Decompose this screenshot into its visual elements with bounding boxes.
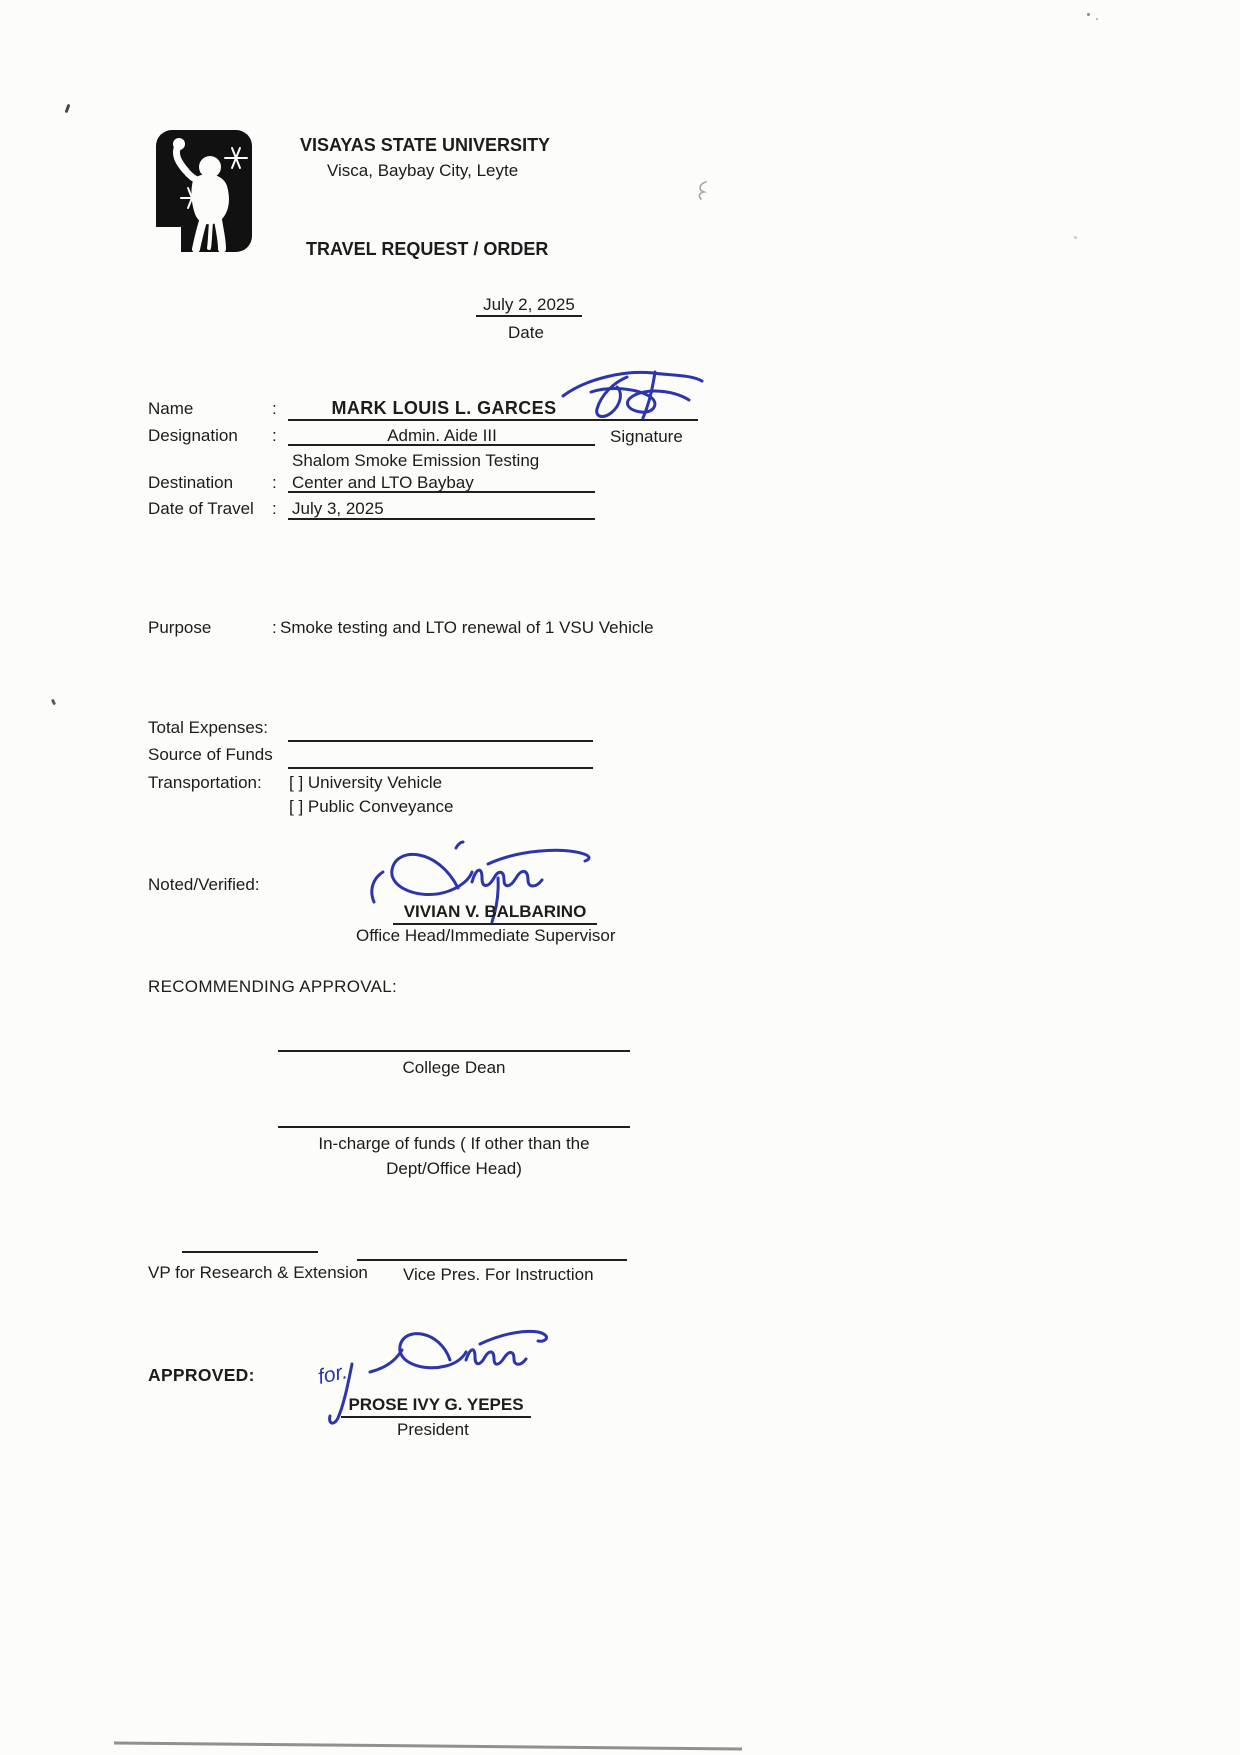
scan-artifact-dot-top-right-1 <box>1087 13 1090 16</box>
supervisor-name: VIVIAN V. BALBARINO <box>393 902 597 925</box>
date-label: Date <box>508 323 544 342</box>
travel-date-underline <box>288 518 595 520</box>
university-name: VISAYAS STATE UNIVERSITY <box>300 135 550 155</box>
supervisor-title: Office Head/Immediate Supervisor <box>356 926 616 945</box>
noted-verified-label: Noted/Verified: <box>148 875 260 894</box>
paper-bottom-edge <box>98 1736 758 1754</box>
scan-artifact-dot-top-right-2 <box>1096 18 1098 20</box>
designation-underline <box>288 444 595 446</box>
scan-artifact-tick-top-left <box>65 104 71 113</box>
college-dean-line <box>278 1050 630 1052</box>
incharge-label-line1: In-charge of funds ( If other than the <box>278 1134 630 1153</box>
destination-underline <box>288 491 595 493</box>
destination-label: Destination <box>148 473 233 492</box>
vp-research-label: VP for Research & Extension <box>148 1263 368 1282</box>
purpose-colon: : <box>272 618 277 637</box>
travel-date-label: Date of Travel <box>148 499 254 518</box>
destination-value-line2: Center and LTO Baybay <box>292 473 474 492</box>
vp-research-line <box>182 1251 318 1253</box>
name-label: Name <box>148 399 193 418</box>
university-address: Visca, Baybay City, Leyte <box>327 161 518 180</box>
source-of-funds-underline <box>288 767 593 769</box>
incharge-line <box>278 1126 630 1128</box>
source-of-funds-label: Source of Funds <box>148 745 273 764</box>
name-colon: : <box>272 399 277 418</box>
scan-artifact-dot-right <box>1074 236 1077 239</box>
purpose-label: Purpose <box>148 618 211 637</box>
signature-label: Signature <box>610 427 683 446</box>
destination-colon: : <box>272 473 277 492</box>
purpose-value: Smoke testing and LTO renewal of 1 VSU V… <box>280 618 654 637</box>
form-title: TRAVEL REQUEST / ORDER <box>306 239 548 259</box>
approved-label: APPROVED: <box>148 1365 255 1386</box>
designation-label: Designation <box>148 426 238 445</box>
scan-artifact-tick-left-middle <box>51 699 56 706</box>
total-expenses-underline <box>288 740 593 742</box>
transportation-option-public-conveyance: [ ] Public Conveyance <box>289 797 453 816</box>
president-name: PROSE IVY G. YEPES <box>341 1395 531 1418</box>
incharge-label-line2: Dept/Office Head) <box>278 1159 630 1178</box>
name-value: MARK LOUIS L. GARCES <box>289 398 599 419</box>
designation-colon: : <box>272 426 277 445</box>
scan-artifact-squiggle <box>696 181 710 201</box>
date-value: July 2, 2025 <box>476 295 582 317</box>
vp-instruction-line <box>357 1259 627 1261</box>
college-dean-label: College Dean <box>278 1058 630 1077</box>
transportation-label: Transportation: <box>148 773 262 792</box>
travel-date-colon: : <box>272 499 277 518</box>
destination-value-line1: Shalom Smoke Emission Testing <box>292 451 539 470</box>
transportation-option-university-vehicle: [ ] University Vehicle <box>289 773 442 792</box>
vp-instruction-label: Vice Pres. For Instruction <box>403 1265 594 1284</box>
president-title: President <box>397 1420 469 1439</box>
vsu-logo <box>156 130 252 252</box>
designation-value: Admin. Aide III <box>289 426 595 445</box>
recommending-approval-label: RECOMMENDING APPROVAL: <box>148 977 397 996</box>
total-expenses-label: Total Expenses: <box>148 718 268 737</box>
requester-signature <box>557 364 707 426</box>
travel-date-value: July 3, 2025 <box>292 499 384 518</box>
